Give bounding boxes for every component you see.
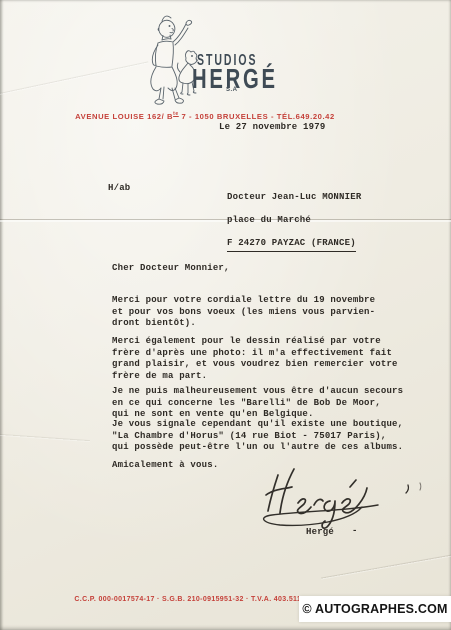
tintin-snowy-illustration-icon [128, 14, 206, 110]
paper-crease [0, 61, 148, 96]
signature-dash: - [352, 526, 358, 538]
paper-crease [0, 434, 90, 442]
reference-code: H/ab [108, 183, 130, 195]
autographes-watermark: © AUTOGRAPHES.COM [299, 596, 451, 622]
address-prefix: AVENUE LOUISE 162/ B [75, 112, 173, 121]
letterhead-address-line: AVENUE LOUISE 162/ Bte 7 - 1050 BRUXELLE… [25, 111, 385, 121]
recipient-address-block: Docteur Jean-Luc MONNIER place du Marché… [227, 180, 361, 263]
address-rest: 7 - 1050 BRUXELLES - TÉL.649.20.42 [179, 112, 335, 121]
paragraph-1: Merci pour votre cordiale lettre du 19 n… [112, 295, 375, 330]
paragraph-3: Je ne puis malheureusement vous être d'a… [112, 386, 403, 421]
recipient-street: place du Marché [227, 215, 361, 227]
watermark-text: © AUTOGRAPHES.COM [302, 602, 447, 616]
company-form-label: S.A [226, 87, 238, 93]
scanned-letter-page: STUDIOS HERGÉ S.A AVENUE LOUISE 162/ Bte… [0, 0, 451, 630]
recipient-city: F 24270 PAYZAC (FRANCE) [227, 238, 356, 252]
paper-crease [321, 552, 451, 579]
closing-line: Amicalement à vous. [112, 460, 218, 472]
paper-fold-line [0, 219, 451, 222]
paragraph-4: Je vous signale cependant qu'il existe u… [112, 419, 403, 454]
herge-signature-icon [250, 465, 435, 535]
salutation: Cher Docteur Monnier, [112, 263, 230, 275]
recipient-name: Docteur Jean-Luc MONNIER [227, 192, 361, 204]
typed-signature-name: Hergé [306, 527, 334, 539]
paragraph-2: Merci également pour le dessin réalisé p… [112, 336, 398, 382]
date-line: Le 27 novembre 1979 [219, 122, 325, 134]
